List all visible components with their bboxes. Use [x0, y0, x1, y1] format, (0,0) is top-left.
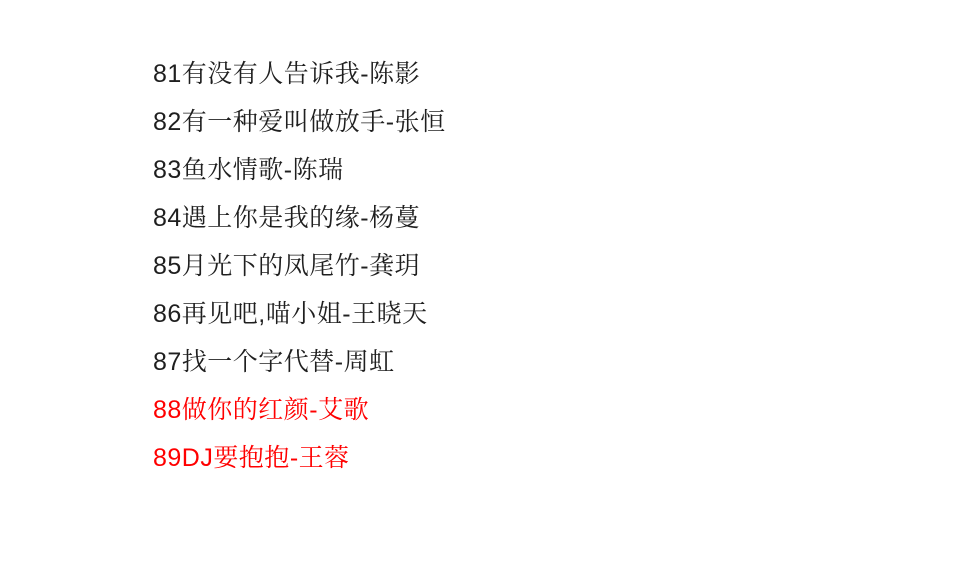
song-row-81: 81有没有人告诉我-陈影 [153, 50, 446, 98]
song-row-89: 89DJ要抱抱-王蓉 [153, 434, 446, 482]
song-row-82: 82有一种爱叫做放手-张恒 [153, 98, 446, 146]
song-row-86: 86再见吧,喵小姐-王晓天 [153, 290, 446, 338]
song-row-83: 83鱼水情歌-陈瑞 [153, 146, 446, 194]
song-row-88: 88做你的红颜-艾歌 [153, 386, 446, 434]
song-row-84: 84遇上你是我的缘-杨蔓 [153, 194, 446, 242]
song-list: 81有没有人告诉我-陈影 82有一种爱叫做放手-张恒 83鱼水情歌-陈瑞 84遇… [153, 50, 446, 482]
song-row-85: 85月光下的凤尾竹-龚玥 [153, 242, 446, 290]
song-row-87: 87找一个字代替-周虹 [153, 338, 446, 386]
page: 81有没有人告诉我-陈影 82有一种爱叫做放手-张恒 83鱼水情歌-陈瑞 84遇… [0, 0, 970, 568]
